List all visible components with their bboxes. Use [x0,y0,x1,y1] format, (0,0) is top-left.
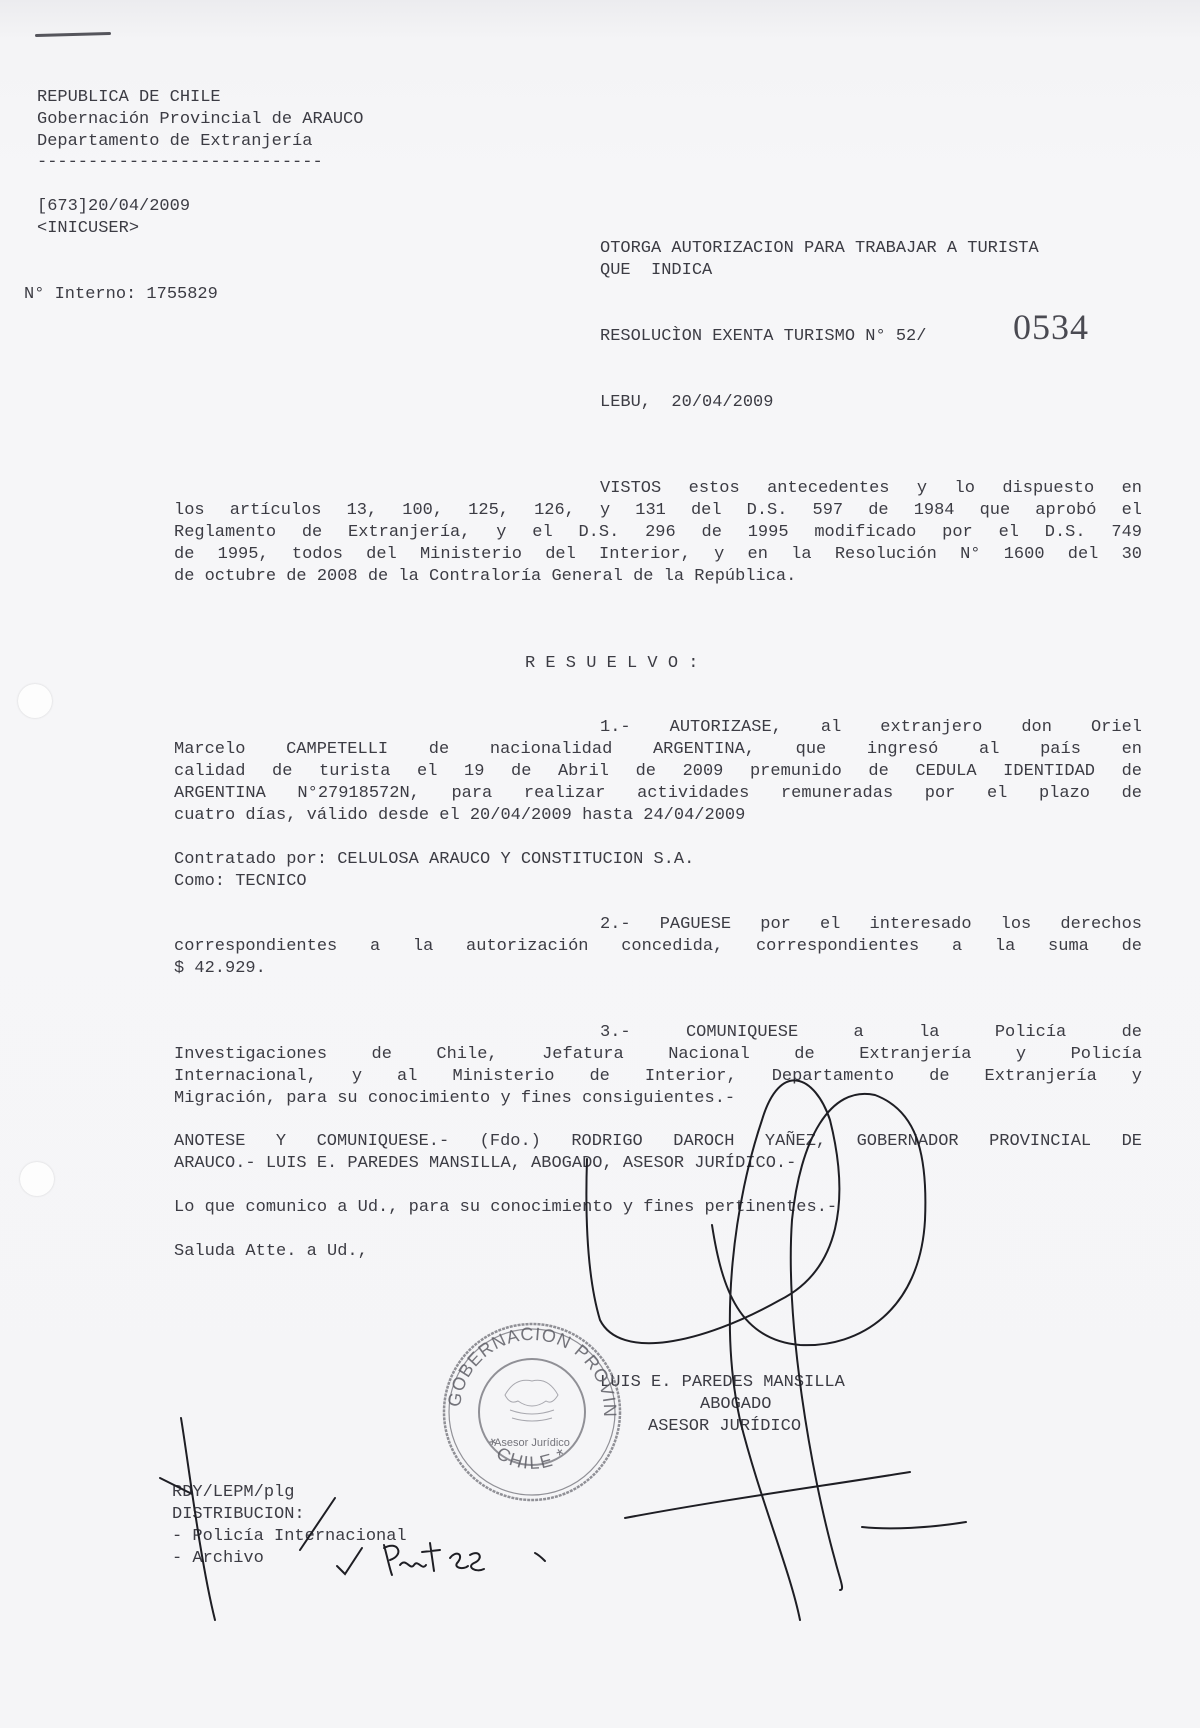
closing-greeting: Saluda Atte. a Ud., [174,1241,368,1263]
header-rule: ---------------------------- [37,152,323,174]
article-1-line: Marcelo CAMPETELLI de nacionalidad ARGEN… [174,739,1142,761]
reference-number: [673]20/04/2009 [37,196,190,218]
job-role: Como: TECNICO [174,871,307,893]
header-governorate: Gobernación Provincial de ARAUCO [37,109,363,131]
article-2: 2.- PAGUESE por el interesado los derech… [174,914,1142,980]
article-1-line: 1.- AUTORIZASE, al extranjero don Oriel [174,717,1142,739]
vistos-line: de octubre de 2008 de la Contraloría Gen… [174,566,1142,588]
article-2-line: 2.- PAGUESE por el interesado los derech… [174,914,1142,936]
signatory-title-2: ASESOR JURÍDICO [648,1416,801,1438]
internal-number: N° Interno: 1755829 [24,284,218,306]
distribution-item: - Archivo [172,1548,264,1570]
article-3-line: Investigaciones de Chile, Jefatura Nacio… [174,1044,1142,1066]
article-2-line: correspondientes a la autorización conce… [174,936,1142,958]
signatory-name: LUIS E. PAREDES MANSILLA [600,1372,845,1394]
closing-communicate: Lo que comunico a Ud., para su conocimie… [174,1197,837,1219]
article-3-line: Internacional, y al Ministerio de Interi… [174,1066,1142,1088]
anotese-paragraph: ANOTESE Y COMUNIQUESE.- (Fdo.) RODRIGO D… [174,1131,1142,1175]
hired-by: Contratado por: CELULOSA ARAUCO Y CONSTI… [174,849,694,871]
anotese-line: ANOTESE Y COMUNIQUESE.- (Fdo.) RODRIGO D… [174,1131,1142,1153]
vistos-line: de 1995, todos del Ministerio del Interi… [174,544,1142,566]
resolution-number: 0534 [1013,306,1089,348]
vistos-line: los artículos 13, 100, 125, 126, y 131 d… [174,500,1142,522]
user-placeholder: <INICUSER> [37,218,139,240]
article-1-line: ARGENTINA N°27918572N, para realizar act… [174,783,1142,805]
vistos-line: VISTOS estos antecedentes y lo dispuesto… [174,478,1142,500]
subject-line-2: QUE INDICA [600,260,712,282]
initials: RDY/LEPM/plg [172,1482,294,1504]
article-1-line: cuatro días, válido desde el 20/04/2009 … [174,805,1142,827]
distribution-label: DISTRIBUCION: [172,1504,305,1526]
svg-text:Asesor Jurídico: Asesor Jurídico [494,1437,570,1449]
svg-text:* CHILE *: * CHILE * [481,1435,572,1474]
resuelvo-heading: R E S U E L V O : [525,653,698,675]
pen-mark [35,32,111,37]
vistos-paragraph: VISTOS estos antecedentes y lo dispuesto… [174,478,1142,588]
place-date: LEBU, 20/04/2009 [600,392,773,414]
subject-line-1: OTORGA AUTORIZACION PARA TRABAJAR A TURI… [600,238,1039,260]
punch-hole-top [18,684,52,718]
header-republic: REPUBLICA DE CHILE [37,87,221,109]
header-department: Departamento de Extranjería [37,131,312,153]
distribution-item: - Policía Internacional [172,1526,407,1548]
article-2-line: $ 42.929. [174,958,1142,980]
article-3-line: Migración, para su conocimiento y fines … [174,1088,1142,1110]
punch-hole-bottom [20,1162,54,1196]
article-1: 1.- AUTORIZASE, al extranjero don Oriel … [174,717,1142,827]
resolution-label: RESOLUCÌON EXENTA TURISMO N° 52/ [600,326,926,348]
article-3: 3.- COMUNIQUESE a la Policía de Investig… [174,1022,1142,1110]
article-1-line: calidad de turista el 19 de Abril de 200… [174,761,1142,783]
signatory-title-1: ABOGADO [700,1394,771,1416]
article-3-line: 3.- COMUNIQUESE a la Policía de [174,1022,1142,1044]
vistos-line: Reglamento de Extranjería, y el D.S. 296… [174,522,1142,544]
anotese-line: ARAUCO.- LUIS E. PAREDES MANSILLA, ABOGA… [174,1153,1142,1175]
